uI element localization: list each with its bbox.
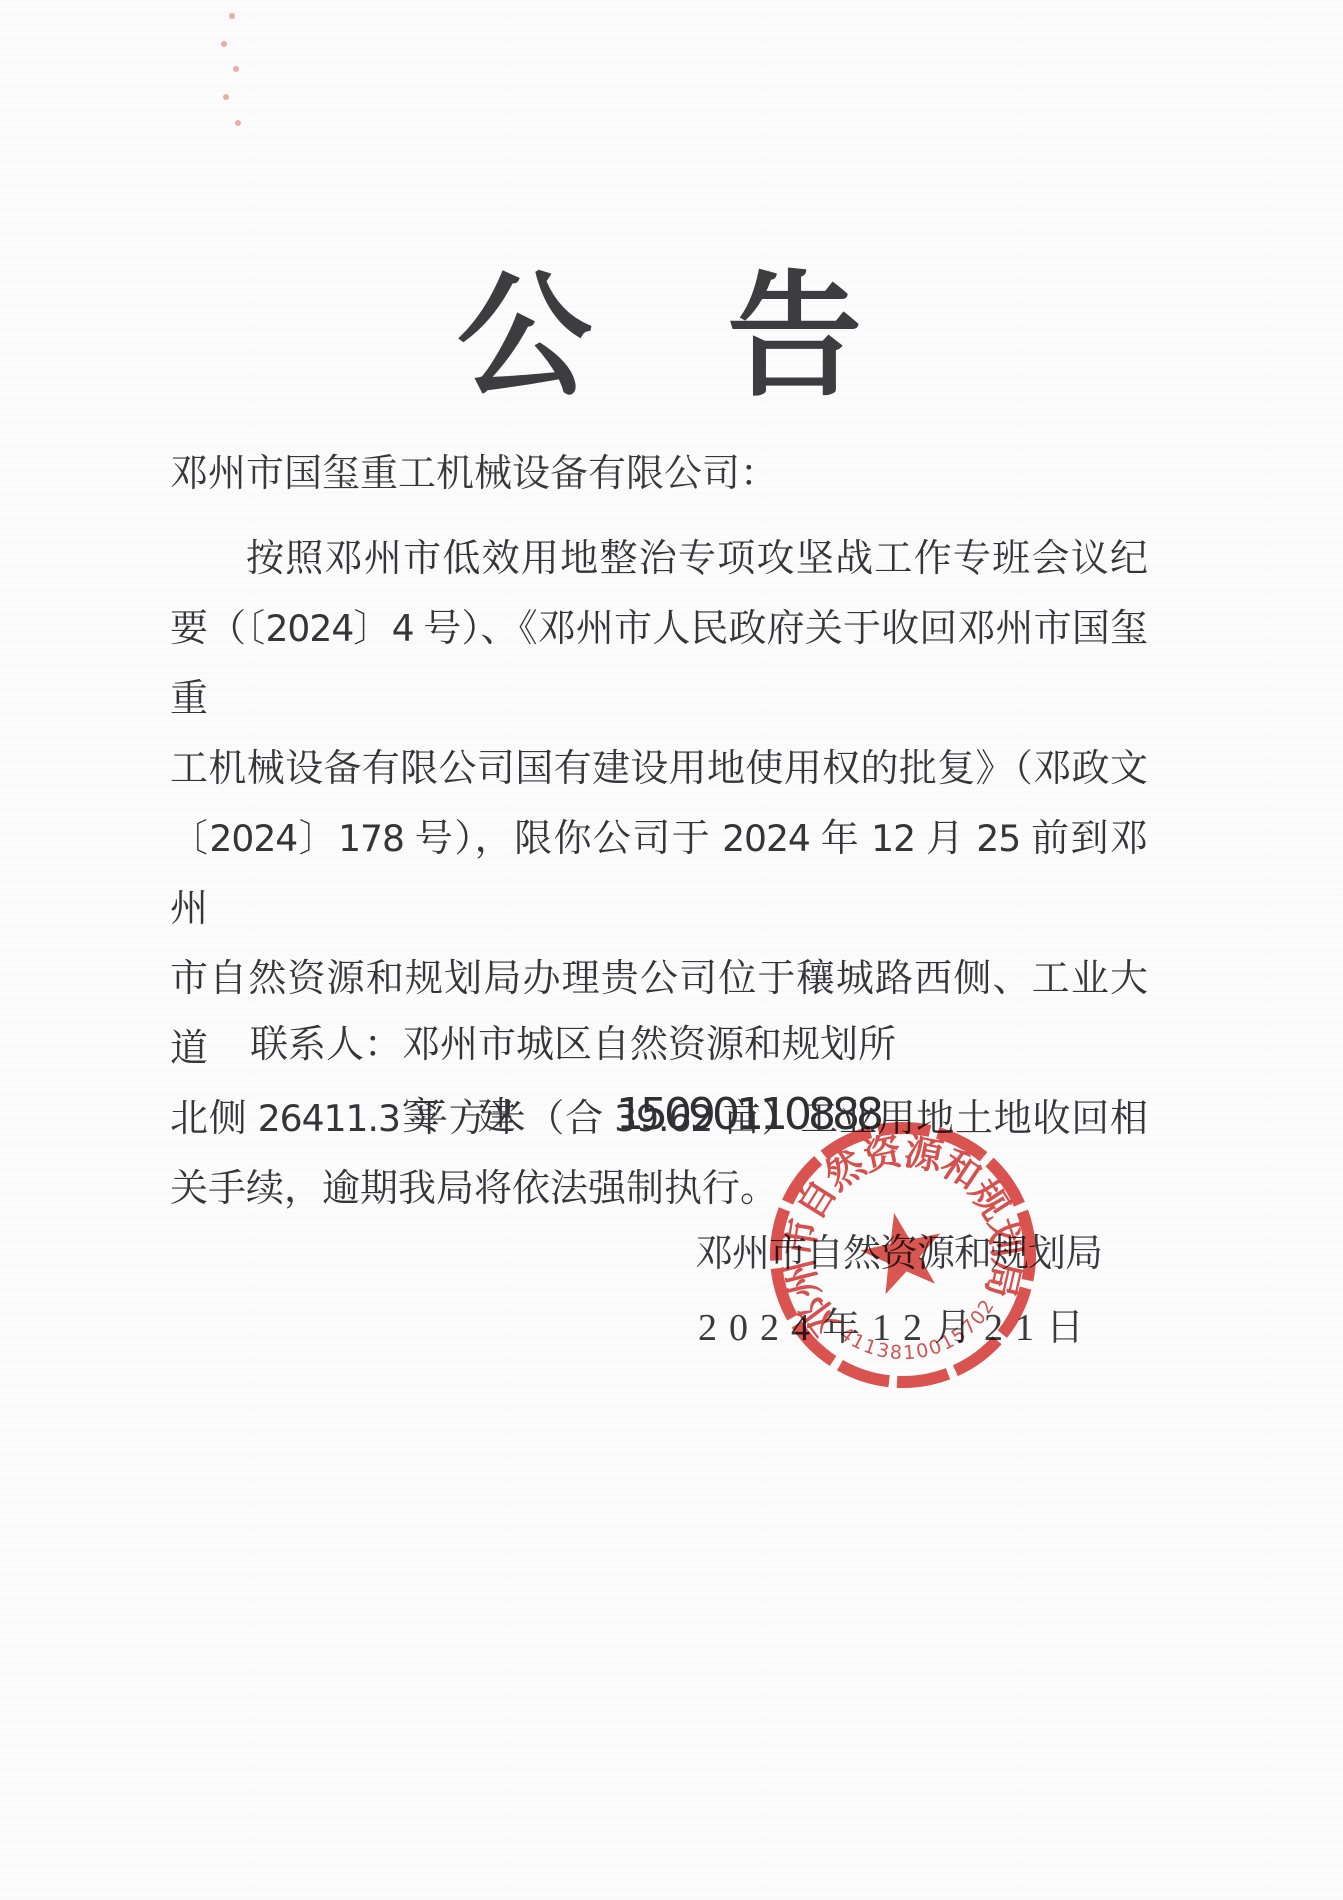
svg-text:4113810015702: 4113810015702: [832, 1291, 1008, 1379]
scan-speck: [223, 94, 229, 100]
seal-code-number: 4113810015702: [832, 1291, 1008, 1379]
seal-star-icon: [854, 1204, 950, 1297]
notice-title: 公 告: [0, 268, 1331, 410]
body-line: 〔2024〕178 号），限你公司于 2024 年 12 月 25 前到邓州: [170, 804, 1148, 944]
body-line: 要（〔2024〕4 号）、《邓州市人民政府关于收回邓州市国玺重: [170, 594, 1148, 734]
scan-speck: [221, 41, 227, 47]
official-seal-stamp: 邓州市自然资源和规划局 4113810015702: [725, 1077, 1081, 1433]
addressee-line: 邓州市国玺重工机械设备有限公司：: [170, 452, 778, 498]
body-line: 工机械设备有限公司国有建设用地使用权的批复》（邓政文: [170, 734, 1148, 804]
scan-speck: [235, 120, 241, 126]
notice-document: 公 告 邓州市国玺重工机械设备有限公司： 按照邓州市低效用地整治专项攻坚战工作专…: [0, 0, 1343, 1900]
body-line: 按照邓州市低效用地整治专项攻坚战工作专班会议纪: [170, 524, 1148, 594]
scan-speck: [229, 13, 235, 19]
contact-name: 窦 建: [170, 1096, 516, 1138]
contact-line: 联系人：邓州市城区自然资源和规划所: [170, 1023, 896, 1069]
scan-speck: [233, 66, 239, 72]
